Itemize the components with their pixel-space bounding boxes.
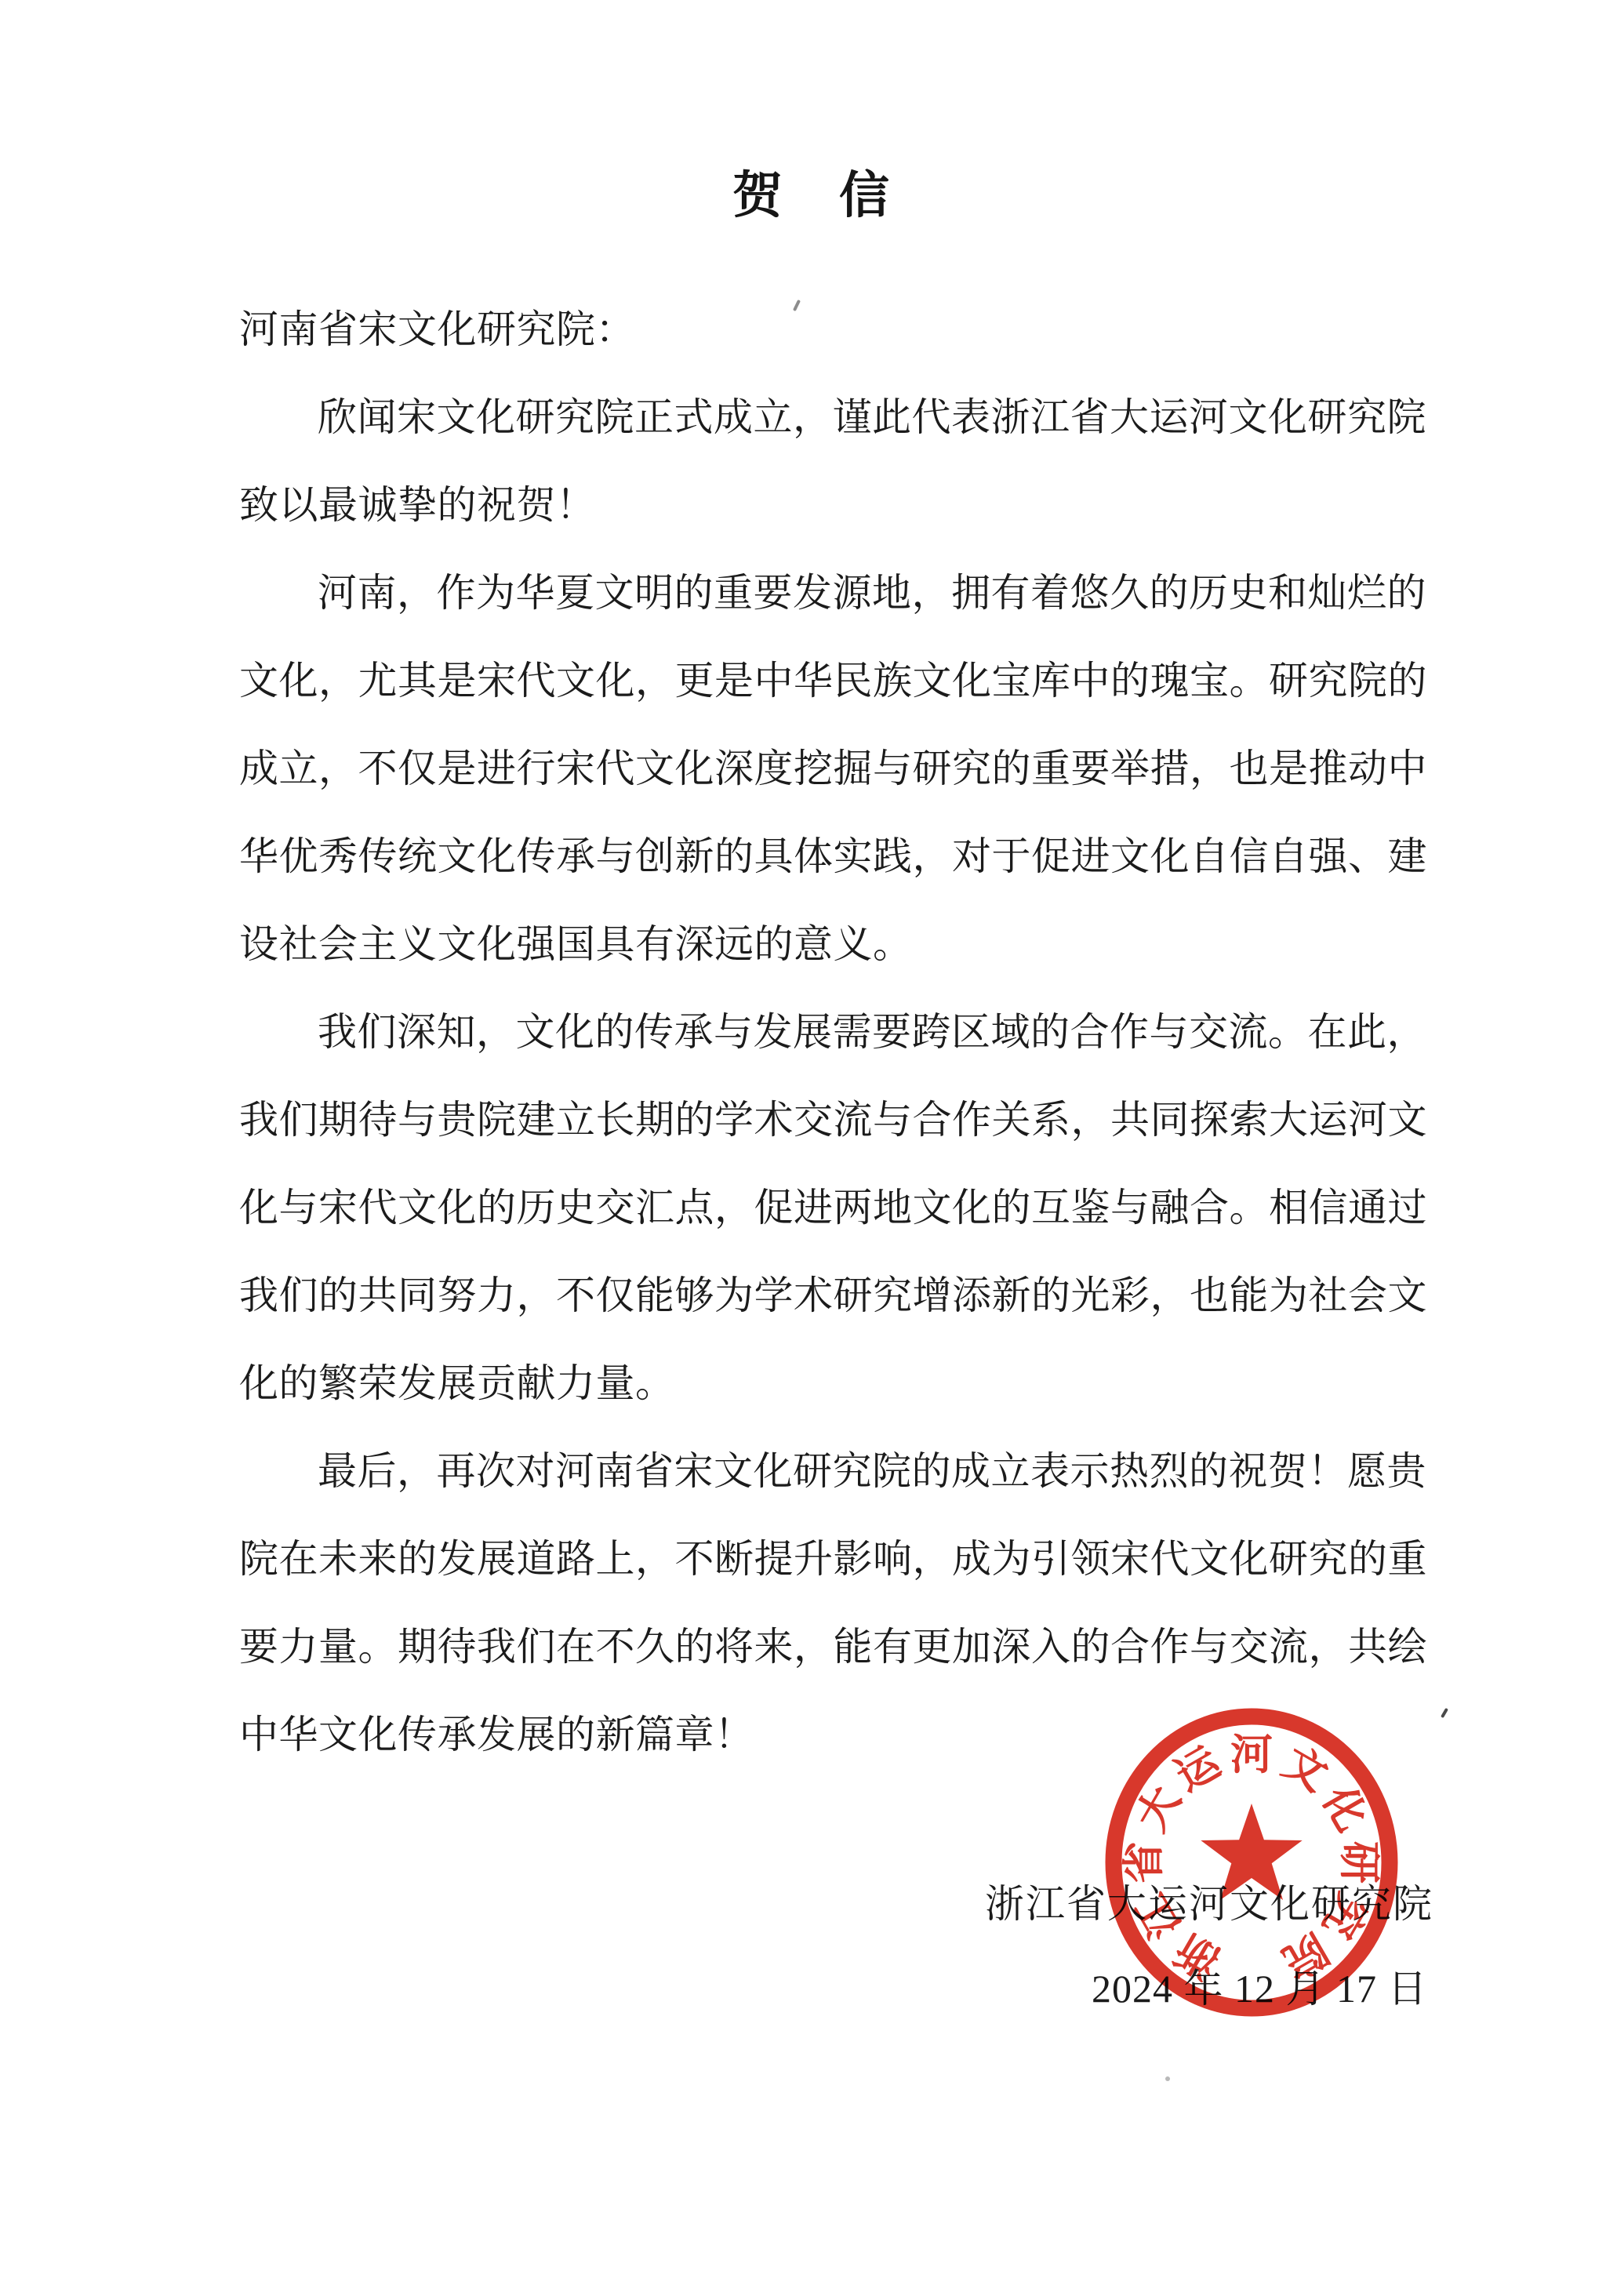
letter-line: 化的繁荣发展贡献力量。 xyxy=(239,1339,1431,1427)
letter-line: 欣闻宋文化研究院正式成立，谨此代表浙江省大运河文化研究院 xyxy=(239,373,1431,461)
letter-line: 设社会主义文化强国具有深远的意义。 xyxy=(239,900,1431,988)
letter-line: 要力量。期待我们在不久的将来，能有更加深入的合作与交流，共绘 xyxy=(239,1603,1431,1691)
letter-title: 贺 信 xyxy=(9,166,1606,226)
letter-line: 化与宋代文化的历史交汇点，促进两地文化的互鉴与融合。相信通过 xyxy=(239,1164,1431,1252)
scan-speck xyxy=(1441,1708,1448,1718)
letter-line: 中华文化传承发展的新篇章！ xyxy=(239,1691,1431,1778)
scan-speck xyxy=(1165,2076,1170,2081)
letter-line: 文化，尤其是宋代文化，更是中华民族文化宝库中的瑰宝。研究院的 xyxy=(239,637,1431,725)
letter-body: 河南省宋文化研究院： 欣闻宋文化研究院正式成立，谨此代表浙江省大运河文化研究院 … xyxy=(239,285,1431,1778)
seal-arc-char: 研 xyxy=(1335,1841,1383,1884)
letter-line: 河南，作为华夏文明的重要发源地，拥有着悠久的历史和灿烂的 xyxy=(239,549,1431,637)
letter-page: 贺 信 河南省宋文化研究院： 欣闻宋文化研究院正式成立，谨此代表浙江省大运河文化… xyxy=(0,0,1606,2296)
signature-org: 浙江省大运河文化研究院 xyxy=(985,1880,1433,1927)
signature-date: 2024 年 12 月 17 日 xyxy=(1092,1965,1428,2012)
seal-arc-char: 省 xyxy=(1121,1841,1168,1884)
letter-line: 成立，不仅是进行宋代文化深度挖掘与研究的重要举措，也是推动中 xyxy=(239,725,1431,812)
letter-line: 致以最诚挚的祝贺！ xyxy=(239,461,1431,549)
seal-arc-char: 大 xyxy=(1128,1778,1190,1839)
salutation-line: 河南省宋文化研究院： xyxy=(239,285,1431,373)
seal-arc-char: 化 xyxy=(1314,1778,1375,1839)
letter-line: 我们的共同努力，不仅能够为学术研究增添新的光彩，也能为社会文 xyxy=(239,1252,1431,1339)
letter-line: 我们深知，文化的传承与发展需要跨区域的合作与交流。在此， xyxy=(239,988,1431,1076)
letter-line: 最后，再次对河南省宋文化研究院的成立表示热烈的祝贺！愿贵 xyxy=(239,1427,1431,1515)
letter-line: 我们期待与贵院建立长期的学术交流与合作关系，共同探索大运河文 xyxy=(239,1076,1431,1164)
letter-line: 华优秀传统文化传承与创新的具体实践，对于促进文化自信自强、建 xyxy=(239,812,1431,900)
letter-line: 院在未来的发展道路上，不断提升影响，成为引领宋代文化研究的重 xyxy=(239,1515,1431,1603)
